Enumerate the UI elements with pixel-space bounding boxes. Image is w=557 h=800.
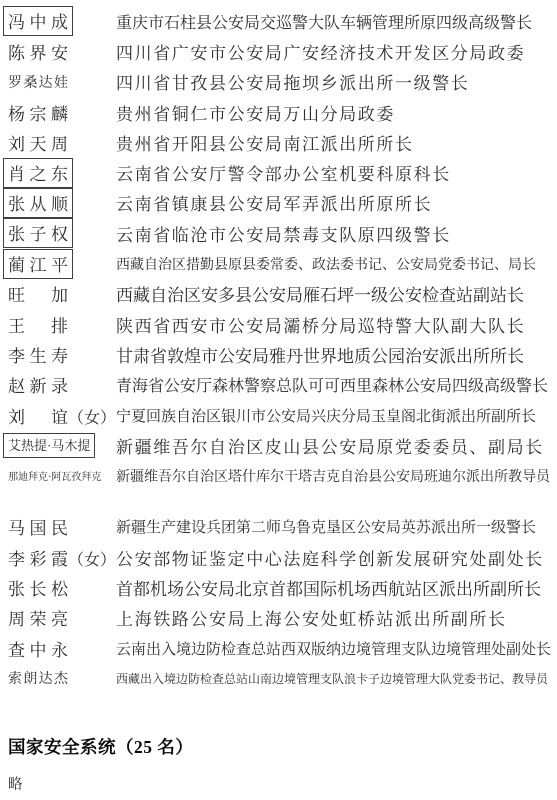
roster-row: 李彩霞（女） 公安部物证鉴定中心法庭科学创新发展研究处副处长 [8, 542, 557, 572]
person-name-text: 艾热提·马木提 [8, 435, 90, 454]
roster-row: 陈界安 四川省广安市公安局广安经济技术开发区分局政委 [8, 36, 557, 66]
roster-row: 查中永 云南出入境边防检查总站西双版纳边境管理支队边境管理处副处长 [8, 633, 557, 663]
person-title: 贵州省铜仁市公安局万山分局政委 [116, 100, 395, 125]
person-name-text: 张长松 [8, 575, 68, 600]
roster-row: 罗桑达娃 四川省甘孜县公安局拖坝乡派出所一级警长 [8, 67, 557, 97]
person-name-text: 蔺江平 [8, 251, 68, 276]
roster-row: 肖之东 云南省公安厅警令部办公室机要科原科长 [8, 157, 557, 187]
person-name-text: 刘 谊 [8, 403, 68, 428]
person-name-text: 李彩霞 [8, 545, 68, 570]
person-name-cell: 马国民 [8, 514, 116, 539]
person-name-cell: 李彩霞（女） [8, 545, 116, 570]
person-title: 云南省公安厅警令部办公室机要科原科长 [116, 160, 451, 185]
person-name: 王 排 [8, 312, 68, 337]
person-name: 索朗达杰 [8, 668, 68, 688]
person-name: 旺 加 [8, 281, 68, 306]
person-name: 赵新录 [8, 372, 68, 397]
roster-row: 赵新录 青海省公安厅森林警察总队可可西里森林公安局四级高级警长 [8, 370, 557, 400]
person-name: 张子权 [3, 218, 73, 248]
person-title: 新疆维吾尔自治区塔什库尔干塔吉克自治县公安局班迪尔派出所教导员 [116, 466, 550, 486]
person-name-text: 罗桑达娃 [8, 72, 68, 92]
roster-row: 刘 谊（女） 宁夏回族自治区银川市公安局兴庆分局玉皇阁北街派出所副所长 [8, 400, 557, 430]
person-name-text: 赵新录 [8, 372, 68, 397]
person-name-cell: 李生寿 [8, 342, 116, 367]
roster-row: 李生寿 甘肃省敦煌市公安局雅丹世界地质公园治安派出所所长 [8, 339, 557, 369]
person-name: 艾热提·马木提 [3, 433, 95, 458]
person-title: 新疆生产建设兵团第二师乌鲁克垦区公安局英苏派出所一级警长 [116, 516, 536, 537]
person-name-cell: 陈界安 [8, 39, 116, 64]
person-name-cell: 张长松 [8, 575, 116, 600]
roster-group-1: 冯中成 重庆市石柱县公安局交巡警大队车辆管理所原四级高级警长 陈界安 四川省广安… [8, 6, 557, 491]
person-name-cell: 刘 谊（女） [8, 403, 116, 428]
roster-row: 王 排 陕西省西安市公安局灞桥分局巡特警大队副大队长 [8, 309, 557, 339]
person-name-cell: 周荣亮 [8, 605, 116, 630]
person-name-text: 张从顺 [8, 190, 68, 215]
person-name-suffix: （女） [68, 410, 116, 427]
roster-group-2: 马国民 新疆生产建设兵团第二师乌鲁克垦区公安局英苏派出所一级警长 李彩霞（女） … [8, 512, 557, 694]
person-name: 罗桑达娃 [8, 72, 68, 92]
person-name: 张长松 [8, 575, 68, 600]
roster-row: 马国民 新疆生产建设兵团第二师乌鲁克垦区公安局英苏派出所一级警长 [8, 512, 557, 542]
person-title: 重庆市石柱县公安局交巡警大队车辆管理所原四级高级警长 [116, 10, 532, 33]
person-name-cell: 艾热提·马木提 [8, 433, 116, 458]
person-title: 陕西省西安市公安局灞桥分局巡特警大队副大队长 [116, 312, 525, 337]
person-name: 那迪拜克·阿瓦孜拜克 [8, 467, 101, 485]
section-note: 略 [8, 773, 557, 794]
person-name-text: 陈界安 [8, 39, 68, 64]
person-name-cell: 罗桑达娃 [8, 72, 116, 92]
person-name-text: 肖之东 [8, 160, 68, 185]
roster-row: 刘天周 贵州省开阳县公安局南江派出所所长 [8, 127, 557, 157]
person-name: 李彩霞（女） [8, 545, 116, 570]
person-title: 西藏出入境边防检查总站山南边境管理支队浪卡子边境管理大队党委书记、教导员 [116, 670, 548, 687]
person-title: 青海省公安厅森林警察总队可可西里森林公安局四级高级警长 [116, 373, 548, 396]
roster-row: 旺 加 西藏自治区安多县公安局雁石坪一级公安检查站副站长 [8, 279, 557, 309]
person-name-cell: 冯中成 [8, 6, 116, 36]
person-name-suffix: （女） [68, 552, 116, 569]
person-name-text: 查中永 [8, 636, 68, 661]
person-name: 刘天周 [8, 130, 68, 155]
person-name-cell: 张子权 [8, 218, 116, 248]
person-name: 马国民 [8, 514, 68, 539]
roster-row: 艾热提·马木提 新疆维吾尔自治区皮山县公安局原党委委员、副局长 [8, 430, 557, 460]
person-name-text: 李生寿 [8, 342, 68, 367]
section-heading: 国家安全系统（25 名） [8, 734, 557, 759]
roster-row: 冯中成 重庆市石柱县公安局交巡警大队车辆管理所原四级高级警长 [8, 6, 557, 36]
person-name-text: 周荣亮 [8, 605, 68, 630]
person-title: 贵州省开阳县公安局南江派出所所长 [116, 130, 414, 155]
person-name: 李生寿 [8, 342, 68, 367]
person-name-cell: 蔺江平 [8, 249, 116, 279]
person-name-text: 旺 加 [8, 281, 68, 306]
person-name-text: 冯中成 [8, 8, 68, 33]
person-name: 刘 谊（女） [8, 403, 116, 428]
roster-row: 张长松 首都机场公安局北京首都国际机场西航站区派出所副所长 [8, 572, 557, 602]
person-name: 张从顺 [3, 188, 73, 218]
person-name-text: 那迪拜克·阿瓦孜拜克 [8, 468, 101, 483]
person-name-cell: 索朗达杰 [8, 668, 116, 688]
person-name-cell: 查中永 [8, 636, 116, 661]
person-name: 杨宗麟 [8, 100, 68, 125]
person-name: 冯中成 [3, 6, 73, 36]
person-title: 公安部物证鉴定中心法庭科学创新发展研究处副处长 [116, 545, 544, 570]
person-title: 新疆维吾尔自治区皮山县公安局原党委委员、副局长 [116, 433, 544, 458]
roster-row: 周荣亮 上海铁路公安局上海公安处虹桥站派出所副所长 [8, 603, 557, 633]
roster-row: 张子权 云南省临沧市公安局禁毒支队原四级警长 [8, 218, 557, 248]
person-title: 西藏自治区安多县公安局雁石坪一级公安检查站副站长 [116, 281, 524, 306]
person-name-text: 马国民 [8, 514, 68, 539]
roster-row: 张从顺 云南省镇康县公安局军弄派出所原所长 [8, 188, 557, 218]
person-name: 查中永 [8, 636, 68, 661]
person-title: 上海铁路公安局上海公安处虹桥站派出所副所长 [116, 605, 507, 630]
person-name-cell: 刘天周 [8, 130, 116, 155]
person-name: 周荣亮 [8, 605, 68, 630]
person-title: 宁夏回族自治区银川市公安局兴庆分局玉皇阁北街派出所副所长 [116, 405, 536, 426]
person-name-cell: 张从顺 [8, 188, 116, 218]
person-name-cell: 王 排 [8, 312, 116, 337]
person-title: 四川省广安市公安局广安经济技术开发区分局政委 [116, 39, 525, 64]
person-title: 云南省镇康县公安局军弄派出所原所长 [116, 190, 432, 215]
roster-row: 杨宗麟 贵州省铜仁市公安局万山分局政委 [8, 97, 557, 127]
person-name-text: 刘天周 [8, 130, 68, 155]
person-name-cell: 旺 加 [8, 281, 116, 306]
person-name-text: 张子权 [8, 220, 68, 245]
roster-row: 那迪拜克·阿瓦孜拜克 新疆维吾尔自治区塔什库尔干塔吉克自治县公安局班迪尔派出所教… [8, 460, 557, 490]
person-name: 蔺江平 [3, 249, 73, 279]
person-name-text: 索朗达杰 [8, 668, 68, 688]
roster-row: 蔺江平 西藏自治区措勤县原县委常委、政法委书记、公安局党委书记、局长 [8, 248, 557, 278]
person-name: 陈界安 [8, 39, 68, 64]
person-name-text: 王 排 [8, 312, 68, 337]
person-name-cell: 肖之东 [8, 158, 116, 188]
person-name-cell: 那迪拜克·阿瓦孜拜克 [8, 466, 116, 484]
document-page: 冯中成 重庆市石柱县公安局交巡警大队车辆管理所原四级高级警长 陈界安 四川省广安… [0, 0, 557, 794]
person-title: 西藏自治区措勤县原县委常委、政法委书记、公安局党委书记、局长 [116, 254, 536, 274]
person-title: 四川省甘孜县公安局拖坝乡派出所一级警长 [116, 69, 469, 94]
person-title: 甘肃省敦煌市公安局雅丹世界地质公园治安派出所所长 [116, 342, 524, 367]
person-name-cell: 杨宗麟 [8, 100, 116, 125]
person-name: 肖之东 [3, 158, 73, 188]
person-title: 首都机场公安局北京首都国际机场西航站区派出所副所长 [116, 575, 541, 600]
roster-row: 索朗达杰 西藏出入境边防检查总站山南边境管理支队浪卡子边境管理大队党委书记、教导… [8, 663, 557, 693]
person-name-cell: 赵新录 [8, 372, 116, 397]
person-title: 云南出入境边防检查总站西双版纳边境管理支队边境管理处副处长 [116, 638, 551, 659]
person-title: 云南省临沧市公安局禁毒支队原四级警长 [116, 221, 451, 246]
person-name-text: 杨宗麟 [8, 100, 68, 125]
